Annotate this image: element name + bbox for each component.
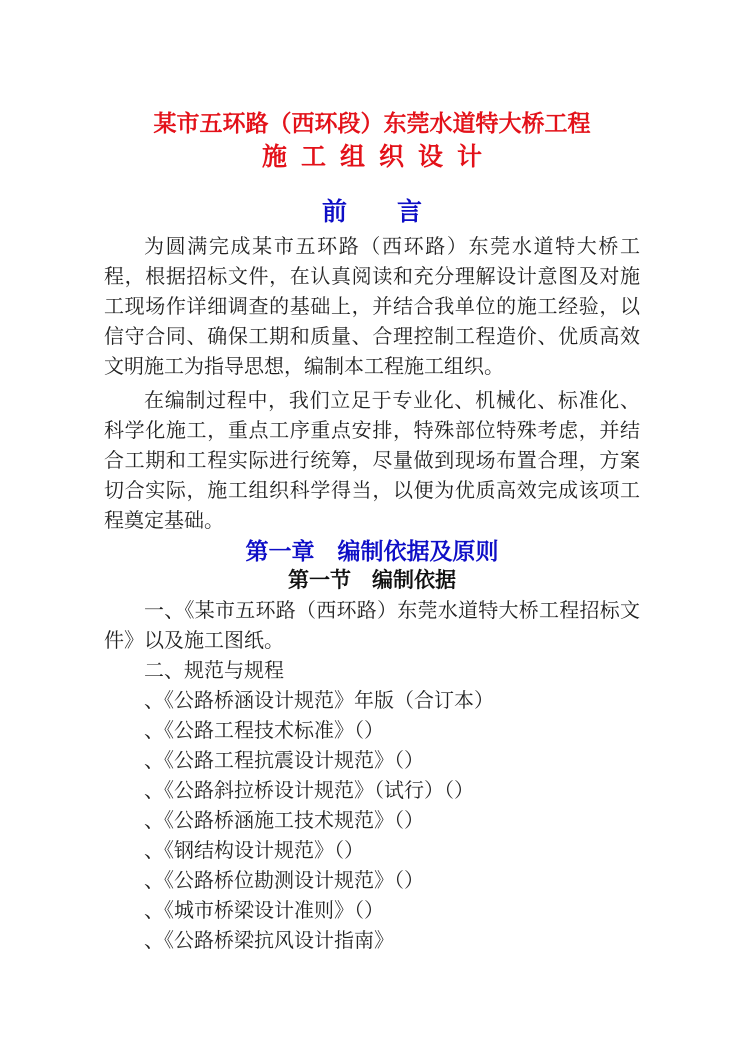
- reference-item-5: 、《公路工程抗震设计规范》（）: [104, 746, 640, 776]
- reference-item-4: 、《公路工程技术标准》（）: [104, 716, 640, 746]
- document-page: 某市五环路（西环段）东莞水道特大桥工程 施工组织设计 前 言 为圆满完成某市五环…: [0, 0, 744, 1052]
- preface-paragraph-1: 为圆满完成某市五环路（西环路）东莞水道特大桥工程，根据招标文件，在认真阅读和充分…: [104, 232, 640, 382]
- reference-item-2: 二、规范与规程: [104, 656, 640, 686]
- reference-item-6: 、《公路斜拉桥设计规范》（试行）（）: [104, 776, 640, 806]
- chapter-1-heading: 第一章 编制依据及原则: [104, 536, 640, 566]
- reference-item-1: 一、《某市五环路（西环路）东莞水道特大桥工程招标文件》以及施工图纸。: [104, 596, 640, 656]
- reference-item-11: 、《公路桥梁抗风设计指南》: [104, 926, 640, 956]
- reference-item-7: 、《公路桥涵施工技术规范》（）: [104, 806, 640, 836]
- reference-item-9: 、《公路桥位勘测设计规范》（）: [104, 866, 640, 896]
- document-title-line1: 某市五环路（西环段）东莞水道特大桥工程: [104, 108, 640, 138]
- reference-item-8: 、《钢结构设计规范》（）: [104, 836, 640, 866]
- document-title-line2: 施工组织设计: [104, 140, 640, 174]
- preface-heading: 前 言: [104, 196, 640, 228]
- section-1-heading: 第一节 编制依据: [104, 566, 640, 596]
- reference-item-3: 、《公路桥涵设计规范》年版（合订本）: [104, 686, 640, 716]
- reference-item-10: 、《城市桥梁设计准则》（）: [104, 896, 640, 926]
- preface-paragraph-2: 在编制过程中，我们立足于专业化、机械化、标准化、科学化施工，重点工序重点安排，特…: [104, 386, 640, 536]
